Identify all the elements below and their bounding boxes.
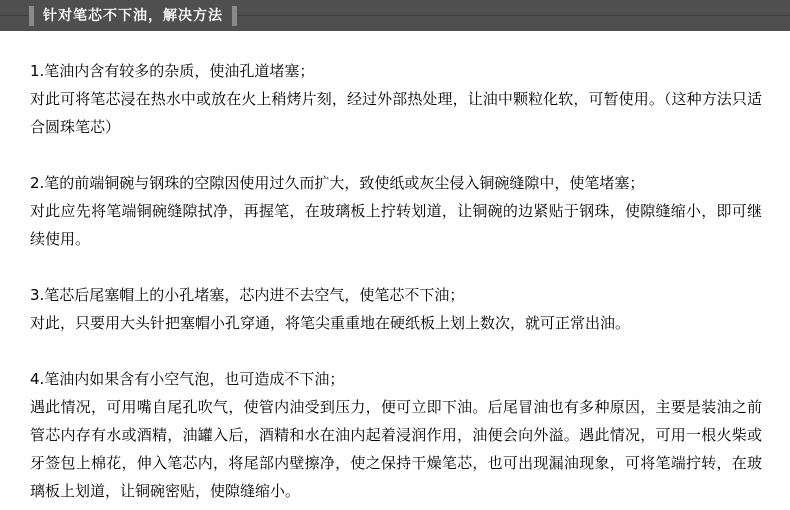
solution-section-4: 4.笔油内如果含有小空气泡，也可造成不下油； 遇此情况，可用嘴自尾孔吹气，使管内…	[30, 365, 762, 505]
solution-section-2: 2.笔的前端铜碗与钢珠的空隙因使用过久而扩大，致使纸或灰尘侵入铜碗缝隙中，使笔堵…	[30, 169, 762, 253]
page-title: 针对笔芯不下油，解决方法	[43, 9, 223, 23]
title-left-tick	[29, 6, 34, 26]
problem-text: 3.笔芯后尾塞帽上的小孔堵塞，芯内进不去空气，使笔芯不下油；	[30, 281, 762, 309]
solution-text: 对此，只要用大头针把塞帽小孔穿通，将笔尖重重地在硬纸板上划上数次，就可正常出油。	[30, 309, 762, 337]
page-title-block: 针对笔芯不下油，解决方法	[28, 0, 238, 31]
title-right-tick	[232, 6, 237, 26]
problem-text: 2.笔的前端铜碗与钢珠的空隙因使用过久而扩大，致使纸或灰尘侵入铜碗缝隙中，使笔堵…	[30, 169, 762, 197]
problem-text: 4.笔油内如果含有小空气泡，也可造成不下油；	[30, 365, 762, 393]
solution-text: 对此可将笔芯浸在热水中或放在火上稍烤片刻，经过外部热处理，让油中颗粒化软，可暂使…	[30, 85, 762, 141]
solution-section-3: 3.笔芯后尾塞帽上的小孔堵塞，芯内进不去空气，使笔芯不下油； 对此，只要用大头针…	[30, 281, 762, 337]
page-header: 针对笔芯不下油，解决方法	[0, 0, 790, 31]
article-content: 1.笔油内含有较多的杂质，使油孔道堵塞； 对此可将笔芯浸在热水中或放在火上稍烤片…	[0, 31, 790, 505]
problem-text: 1.笔油内含有较多的杂质，使油孔道堵塞；	[30, 57, 762, 85]
solution-section-1: 1.笔油内含有较多的杂质，使油孔道堵塞； 对此可将笔芯浸在热水中或放在火上稍烤片…	[30, 57, 762, 141]
solution-text: 遇此情况，可用嘴自尾孔吹气，使管内油受到压力，便可立即下油。后尾冒油也有多种原因…	[30, 393, 762, 505]
solution-text: 对此应先将笔端铜碗缝隙拭净，再握笔，在玻璃板上拧转划道，让铜碗的边紧贴于钢珠，使…	[30, 197, 762, 253]
